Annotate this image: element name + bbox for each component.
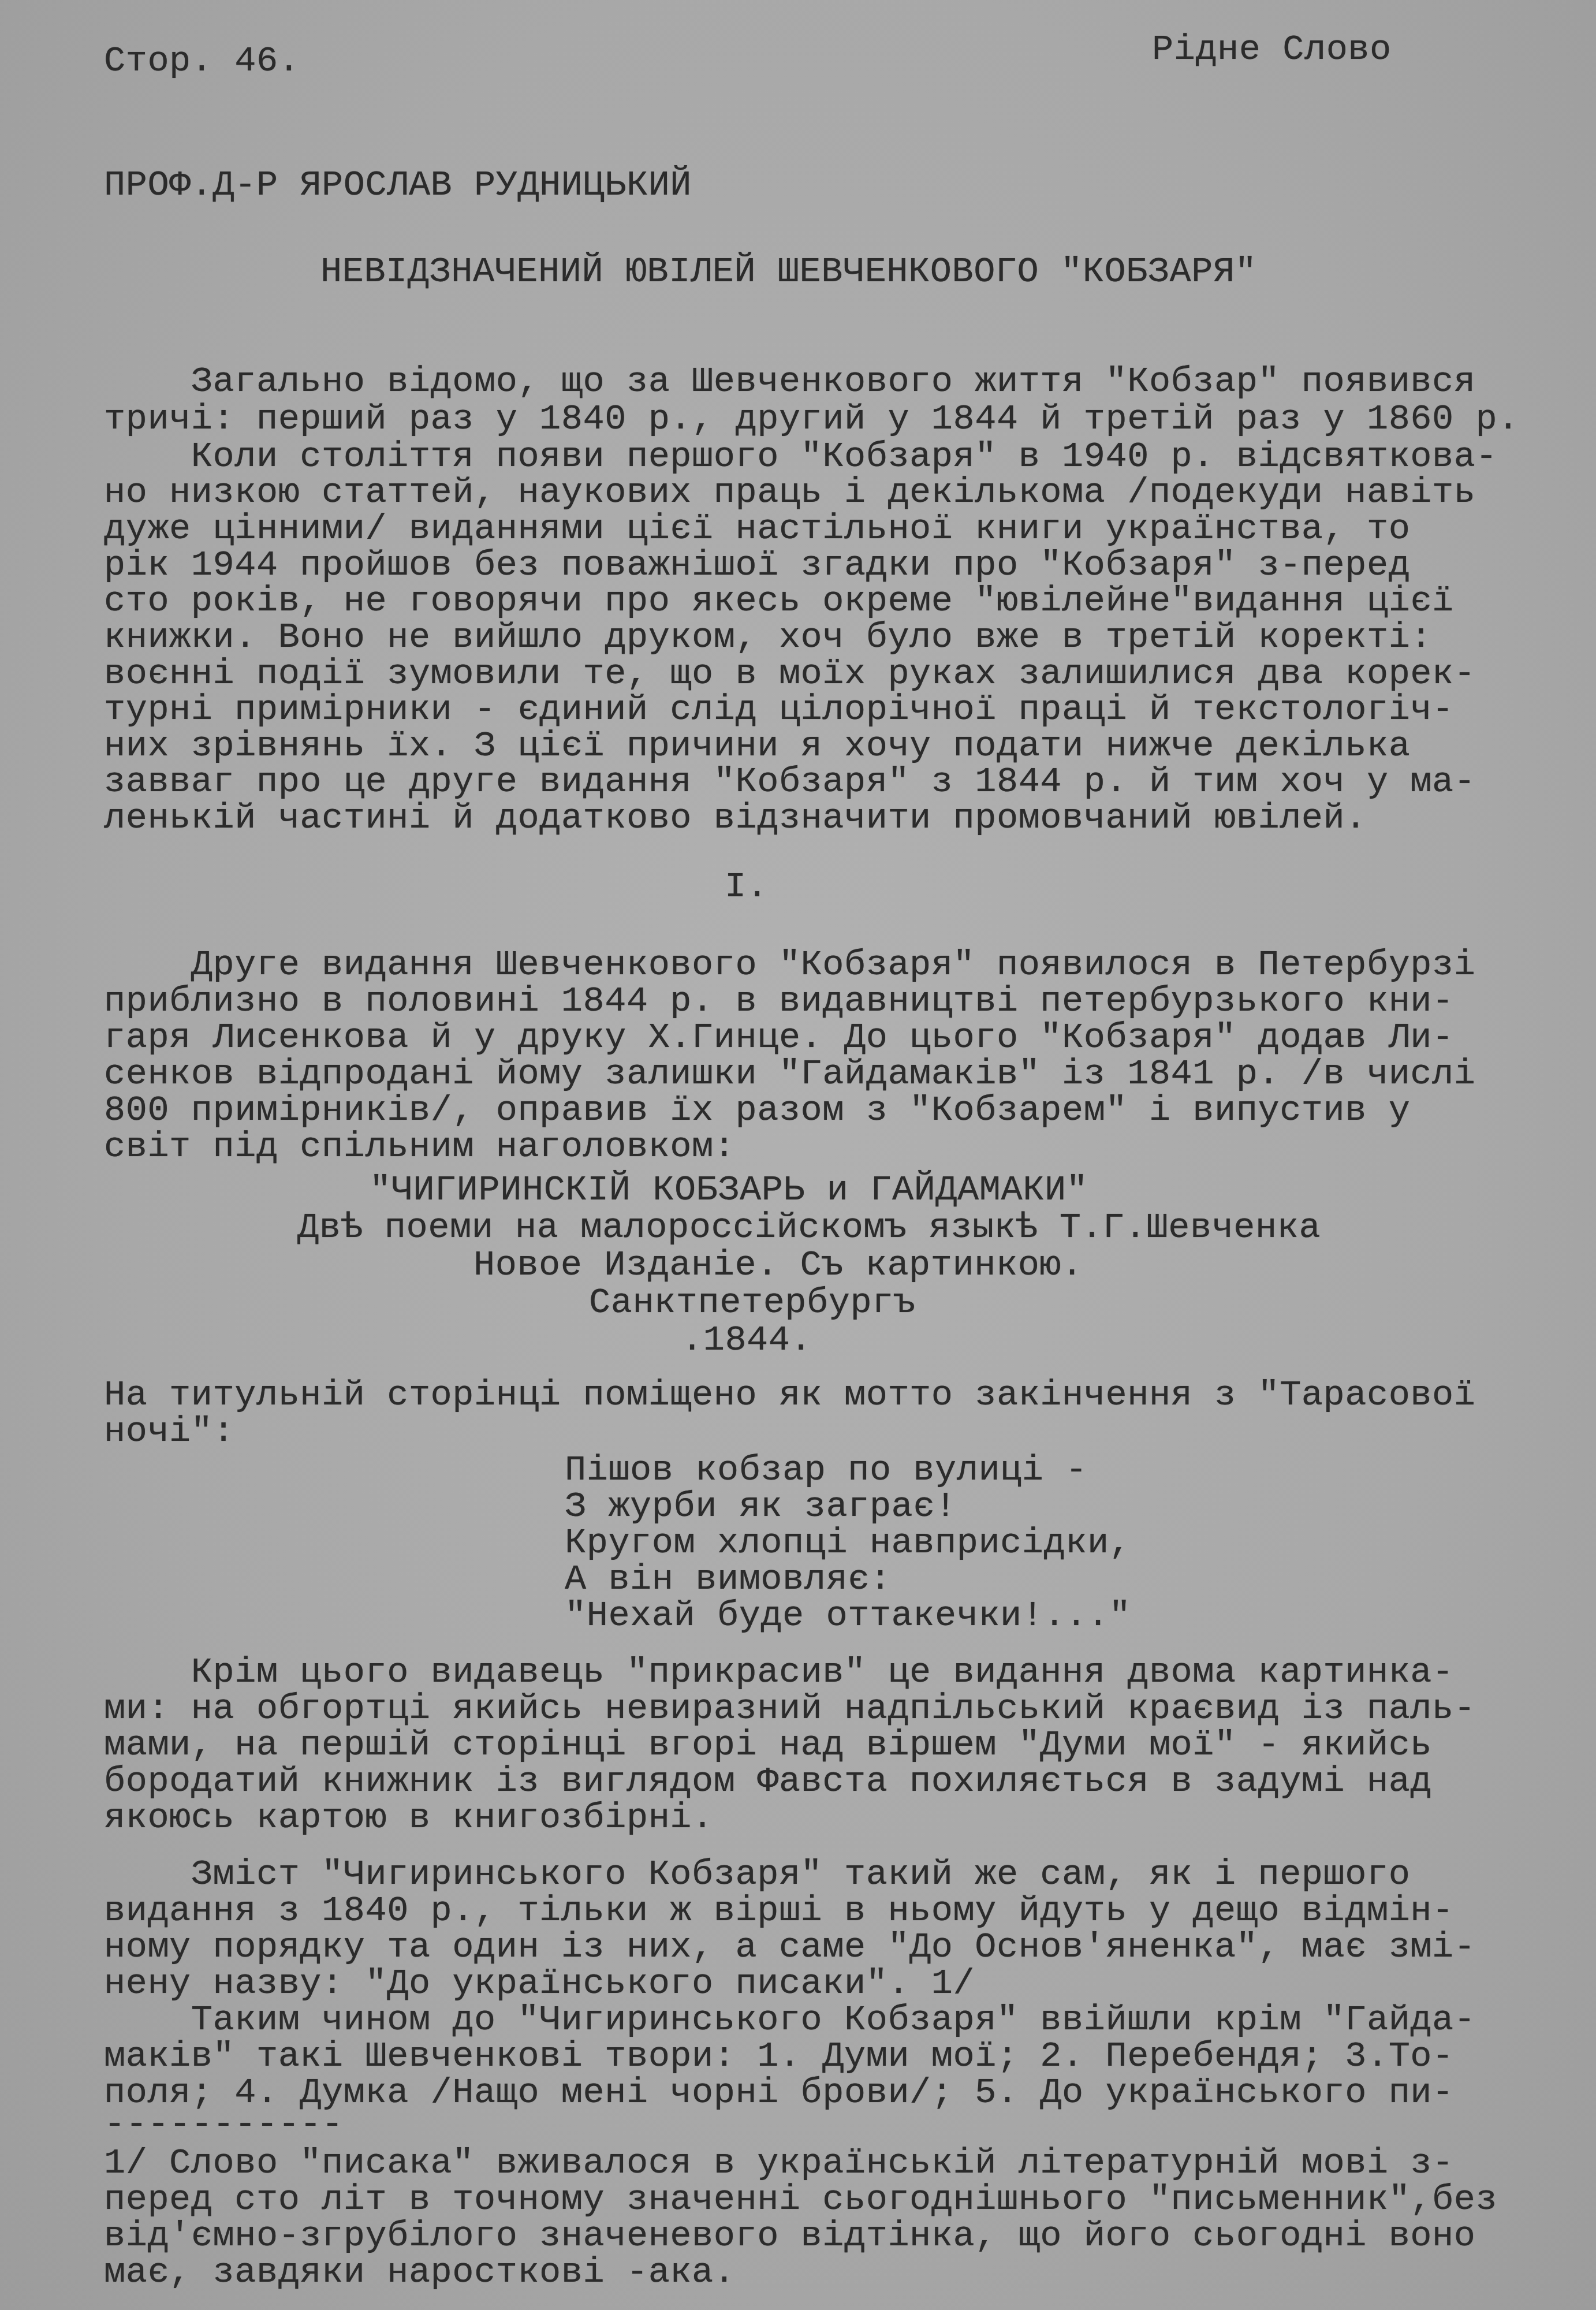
typewritten-page: Стор. 46. Рідне Слово ПРОФ.Д-Р ЯРОСЛАВ Р… bbox=[0, 0, 1596, 2310]
illustrations-line: якоюсь картою в книгозбірні. bbox=[104, 1800, 714, 1836]
poem-line: Кругом хлопці навприсідки, bbox=[565, 1525, 1131, 1561]
contents-line: видання з 1840 р., тільки ж вірші в ньом… bbox=[104, 1893, 1454, 1929]
intro-line: сто років, не говорячи про якесь окреме … bbox=[104, 583, 1454, 619]
intro-line: книжки. Воно не вийшло друком, хоч було … bbox=[104, 620, 1432, 655]
contents-line: нену назву: "До українського писаки". 1/ bbox=[104, 1966, 975, 2002]
intro-line: Коли століття появи першого "Кобзаря" в … bbox=[104, 439, 1497, 475]
section-line: приблизно в половині 1844 р. в видавницт… bbox=[104, 983, 1454, 1019]
intro-line: ленькій частині й додатково відзначити п… bbox=[104, 800, 1367, 836]
intro-line: рік 1944 пройшов без поважнішої згадки п… bbox=[104, 547, 1410, 583]
title-page-line: Новое Изданіе. Съ картинкою. bbox=[473, 1247, 1083, 1283]
illustrations-line: ми: на обгортці якийсь невиразний надпіл… bbox=[104, 1691, 1475, 1727]
section-line: сенков відпродані йому залишки "Гайдамак… bbox=[104, 1056, 1475, 1092]
intro-line: воєнні події зумовили те, що в моїх рука… bbox=[104, 656, 1475, 692]
illustrations-line: бородатий книжник із виглядом Фавста пох… bbox=[104, 1764, 1432, 1799]
motto-intro-line: На титульній сторінці поміщено як мотто … bbox=[104, 1377, 1475, 1413]
illustrations-line: мами, на першій сторінці вгорі над вірше… bbox=[104, 1727, 1432, 1763]
intro-line: Загально відомо, що за Шевченкового житт… bbox=[104, 364, 1475, 400]
article-title: НЕВІДЗНАЧЕНИЙ ЮВІЛЕЙ ШЕВЧЕНКОВОГО "КОБЗА… bbox=[320, 254, 1256, 290]
page-number: Стор. 46. bbox=[104, 43, 300, 79]
poem-line: "Нехай буде оттакечки!..." bbox=[565, 1598, 1131, 1634]
intro-line: завваг про це друге видання "Кобзаря" з … bbox=[104, 764, 1475, 800]
intro-line: них зрівнянь їх. З цієї причини я хочу п… bbox=[104, 728, 1410, 764]
section-number: I. bbox=[725, 869, 768, 905]
footnote-line: має, завдяки наросткові -ака. bbox=[104, 2255, 735, 2290]
intro-line: турні примірники - єдиний слід цілорічно… bbox=[104, 692, 1454, 728]
title-page-line: Двѣ поеми на малороссійскомъ языкѣ Т.Г.Ш… bbox=[297, 1210, 1321, 1246]
section-line: світ під спільним наголовком: bbox=[104, 1129, 735, 1165]
footnote-line: 1/ Слово "писака" вживалося в українські… bbox=[104, 2145, 1454, 2181]
title-page-line: Санктпетербургъ bbox=[589, 1285, 916, 1321]
motto-intro-line: ночі": bbox=[104, 1414, 234, 1450]
poem-line: Пішов кобзар по вулиці - bbox=[565, 1452, 1087, 1488]
publication-name: Рідне Слово bbox=[1152, 32, 1392, 68]
poem-line: З журби як заграє! bbox=[565, 1489, 957, 1525]
section-line: гаря Лисенкова й у друку Х.Гинце. До цьо… bbox=[104, 1020, 1454, 1056]
title-page-line: .1844. bbox=[681, 1322, 812, 1358]
contents-line: маків" такі Шевченкові твори: 1. Думи мо… bbox=[104, 2039, 1454, 2074]
intro-line: но низкою статтей, наукових праць і декі… bbox=[104, 475, 1475, 511]
author-name: ПРОФ.Д-Р ЯРОСЛАВ РУДНИЦЬКИЙ bbox=[104, 167, 692, 203]
footnote-divider: ----------- bbox=[104, 2107, 344, 2143]
title-page-line: "ЧИГИРИНСКІЙ КОБЗАРЬ и ГАЙДАМАКИ" bbox=[370, 1172, 1088, 1208]
contents-line: Зміст "Чигиринського Кобзаря" такий же с… bbox=[104, 1857, 1410, 1892]
section-line: Друге видання Шевченкового "Кобзаря" поя… bbox=[104, 947, 1475, 983]
poem-line: А він вимовляє: bbox=[565, 1562, 892, 1597]
footnote-line: від'ємно-згрубілого значеневого відтінка… bbox=[104, 2218, 1475, 2254]
contents-line: Таким чином до "Чигиринського Кобзаря" в… bbox=[104, 2002, 1475, 2038]
footnote-line: перед сто літ в точному значенні сьогодн… bbox=[104, 2182, 1497, 2218]
illustrations-line: Крім цього видавець "прикрасив" це видан… bbox=[104, 1655, 1454, 1690]
section-line: 800 примірників/, оправив їх разом з "Ко… bbox=[104, 1093, 1410, 1128]
intro-line: дуже цінними/ виданнями цієї настільної … bbox=[104, 511, 1410, 547]
contents-line: ному порядку та один із них, а саме "До … bbox=[104, 1929, 1475, 1965]
intro-line: тричі: перший раз у 1840 р., другий у 18… bbox=[104, 401, 1519, 437]
